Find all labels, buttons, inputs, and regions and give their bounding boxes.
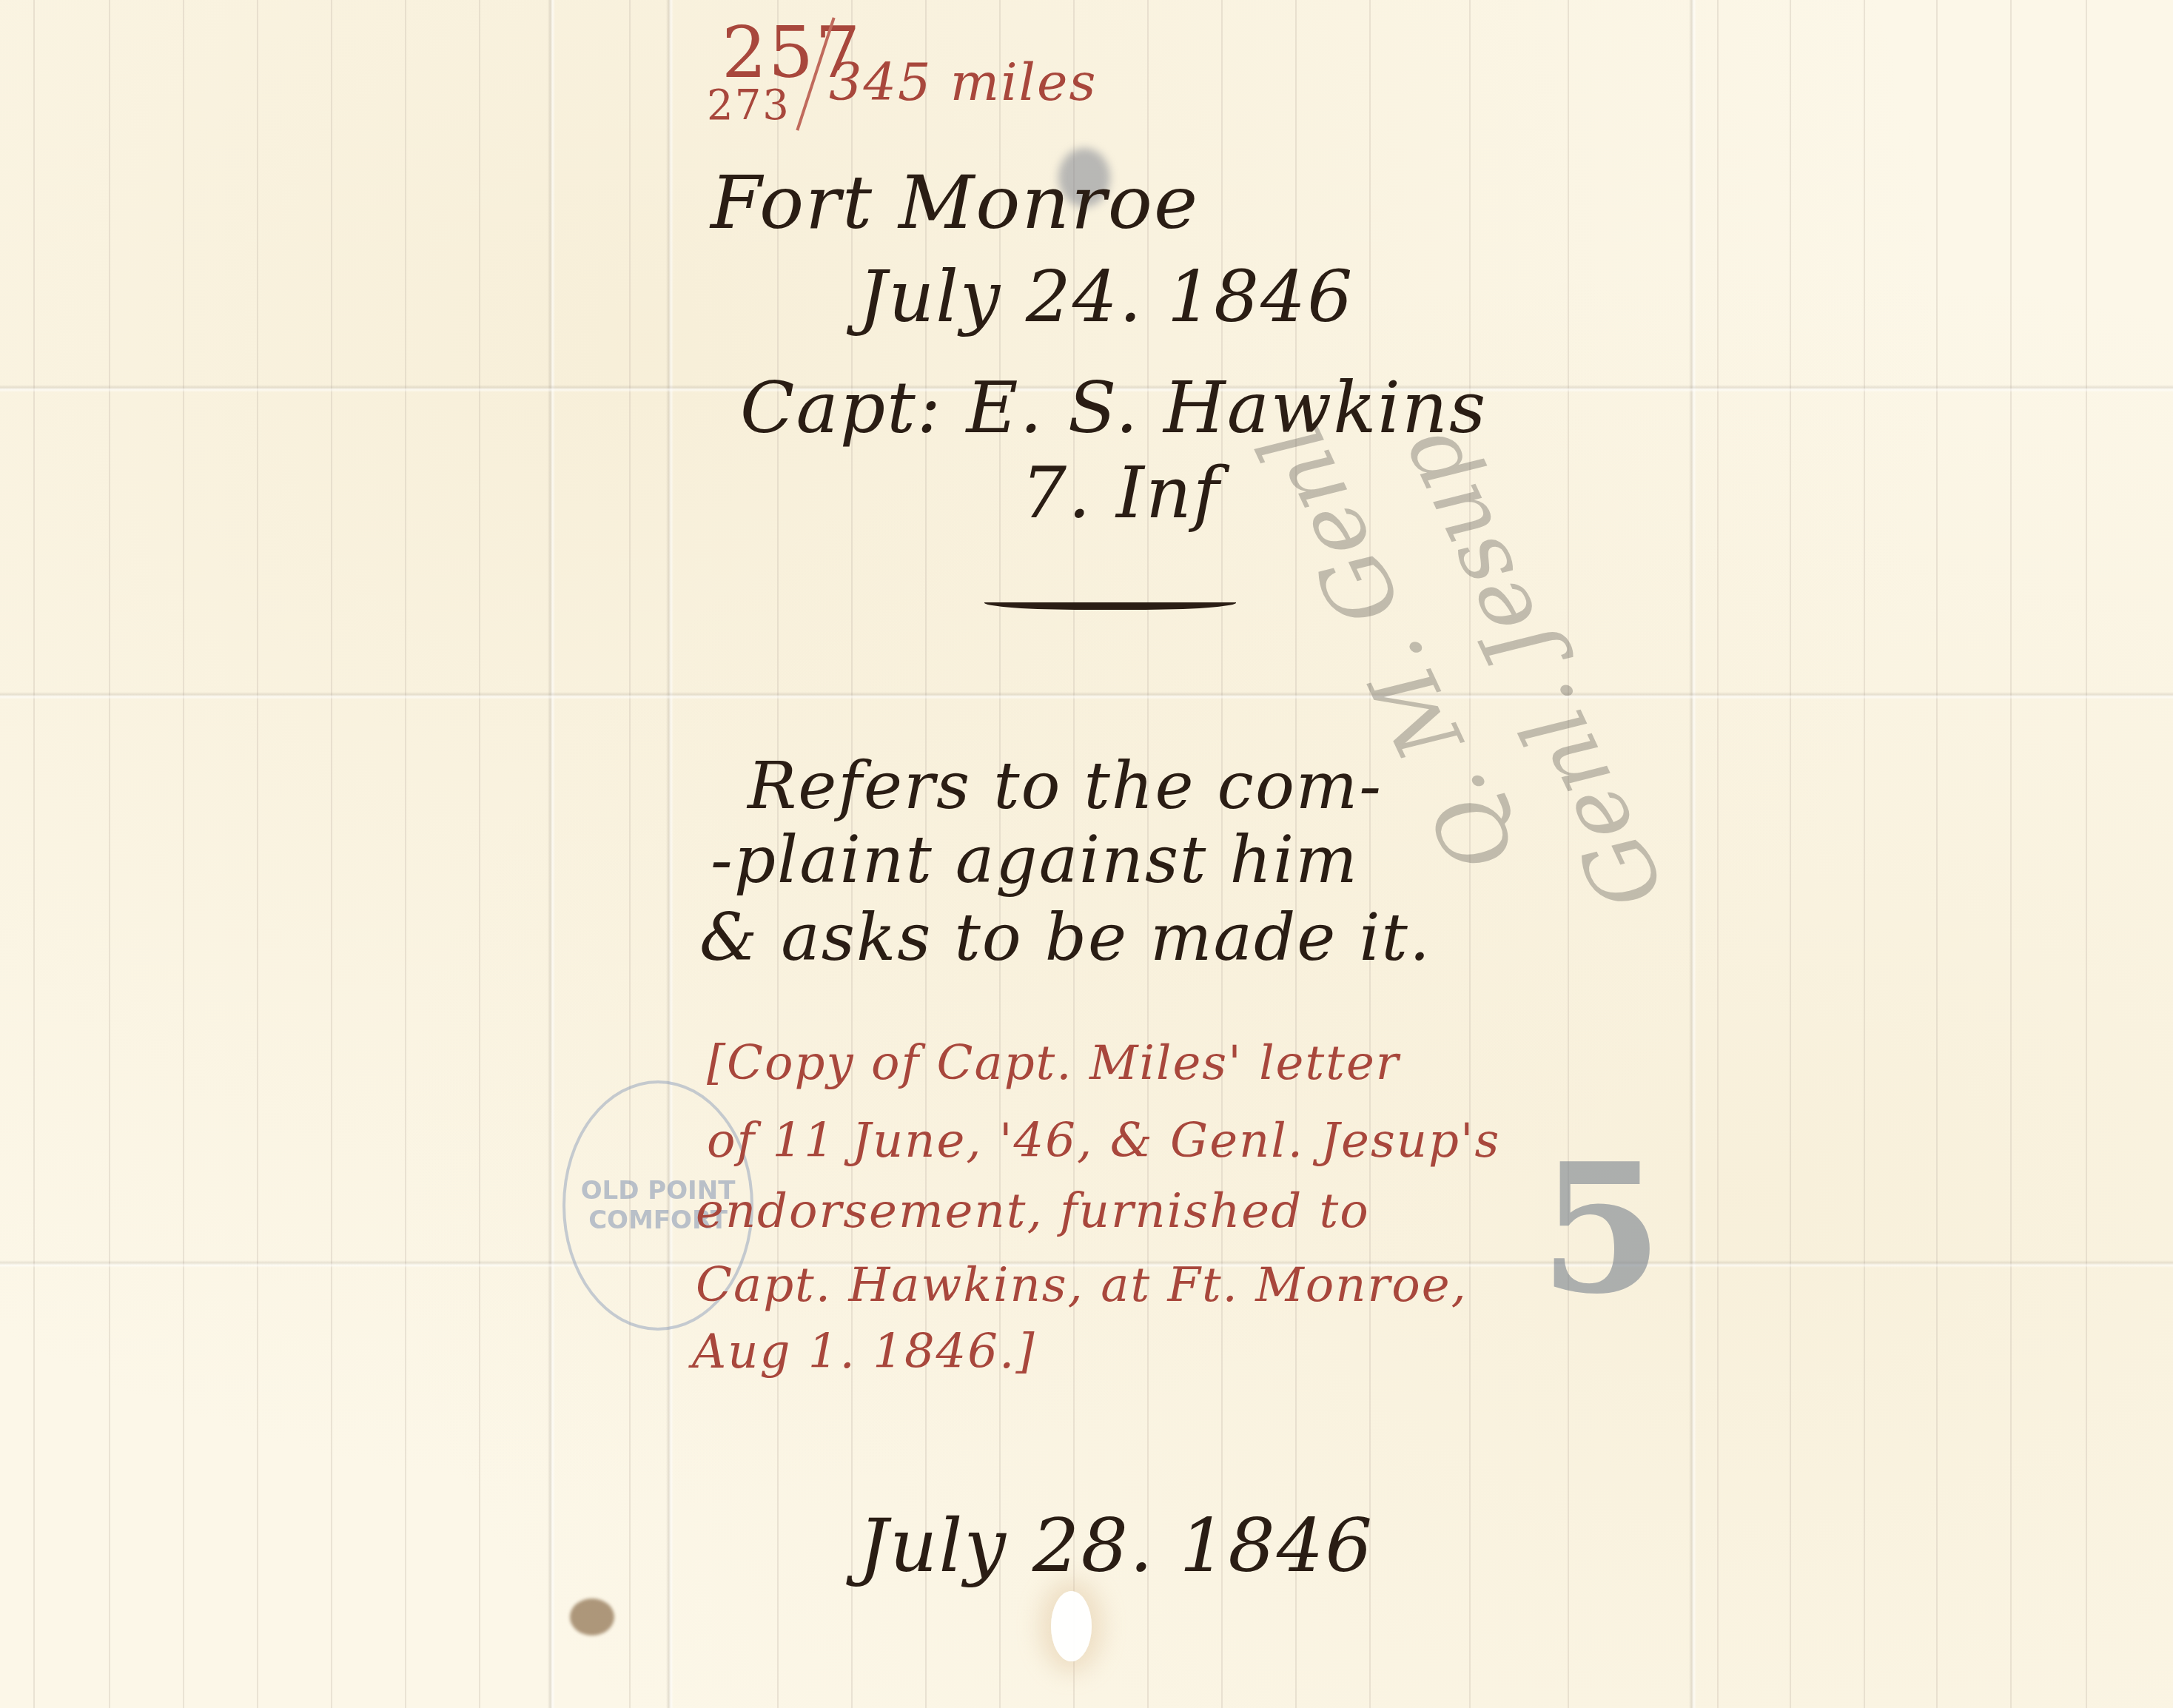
postage-rate-mark: 5 [1539,1125,1663,1334]
ruling-line [405,0,406,1708]
ruling-line [33,0,35,1708]
summary-line: & asks to be made it. [699,899,1431,975]
fold-line-middle [0,692,2173,699]
regiment: 7. Inf [1021,451,1220,534]
ruling-line [629,0,631,1708]
date-written: July 24. 1846 [859,255,1354,338]
distance-note: 345 miles [829,52,1097,112]
flourish-divider [984,592,1236,610]
fold-line-left-inner [666,0,674,1708]
writer-name: Capt: E. S. Hawkins [740,366,1487,449]
ruling-line [183,0,184,1708]
red-note-line: [Copy of Capt. Miles' letter [707,1036,1400,1091]
fold-line-right [1689,0,1696,1708]
ruling-line [1369,0,1371,1708]
fold-line-left [548,0,555,1708]
red-note-line: of 11 June, '46, & Genl. Jesup's [707,1114,1500,1169]
ruling-line [2010,0,2012,1708]
red-note-line: endorsement, furnished to [696,1184,1370,1239]
brown-stain [570,1598,614,1635]
summary-line: Refers to the com- [748,747,1383,824]
ruling-line [1936,0,1938,1708]
wax-seal-remnant [1051,1591,1092,1661]
ruling-line [1717,0,1719,1708]
red-note-line: Capt. Hawkins, at Ft. Monroe, [696,1258,1468,1313]
summary-line: -plaint against him [711,821,1359,898]
docket-number-lower: 273 [707,81,790,130]
ruling-line [109,0,110,1708]
origin-place: Fort Monroe [711,159,1199,246]
ruling-line [1790,0,1791,1708]
ruling-line [2086,0,2087,1708]
ruling-line [479,0,480,1708]
ruling-line [331,0,332,1708]
red-note-line: Aug 1. 1846.] [692,1325,1035,1379]
ruling-line [257,0,258,1708]
date-received: July 28. 1846 [859,1502,1374,1589]
ruling-line [1864,0,1865,1708]
